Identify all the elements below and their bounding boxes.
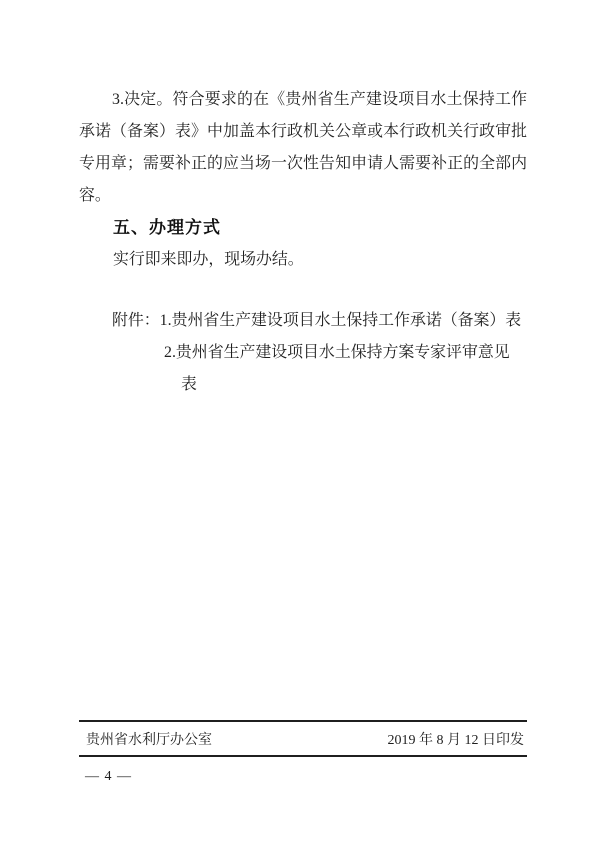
footer-imprint: 贵州省水利厅办公室 2019 年 8 月 12 日印发 [79, 722, 527, 755]
paragraph-line: 3.决定。符合要求的在《贵州省生产建设项目水土保持工作 [79, 84, 527, 116]
document-body: 3.决定。符合要求的在《贵州省生产建设项目水土保持工作 承诺（备案）表》中加盖本… [79, 84, 527, 401]
paragraph-line: 专用章；需要补正的应当场一次性告知申请人需要补正的全部内 [79, 148, 527, 180]
document-page: 3.决定。符合要求的在《贵州省生产建设项目水土保持工作 承诺（备案）表》中加盖本… [0, 0, 600, 848]
attachment-line: 2.贵州省生产建设项目水土保持方案专家评审意见 [79, 337, 527, 369]
footer-issuer: 贵州省水利厅办公室 [86, 729, 212, 749]
footer-rule-bottom [79, 755, 527, 757]
footer-print-date: 2019 年 8 月 12 日印发 [388, 729, 525, 749]
section-text: 实行即来即办，现场办结。 [79, 244, 527, 276]
attachment-line: 表 [79, 369, 527, 401]
page-number: — 4 — [85, 767, 132, 787]
section-heading: 五、办理方式 [79, 212, 527, 244]
paragraph-line: 容。 [79, 180, 527, 212]
attachments-block: 附件：1.贵州省生产建设项目水土保持工作承诺（备案）表 2.贵州省生产建设项目水… [79, 305, 527, 401]
paragraph-line: 承诺（备案）表》中加盖本行政机关公章或本行政机关行政审批 [79, 116, 527, 148]
attachment-line: 附件：1.贵州省生产建设项目水土保持工作承诺（备案）表 [79, 305, 527, 337]
